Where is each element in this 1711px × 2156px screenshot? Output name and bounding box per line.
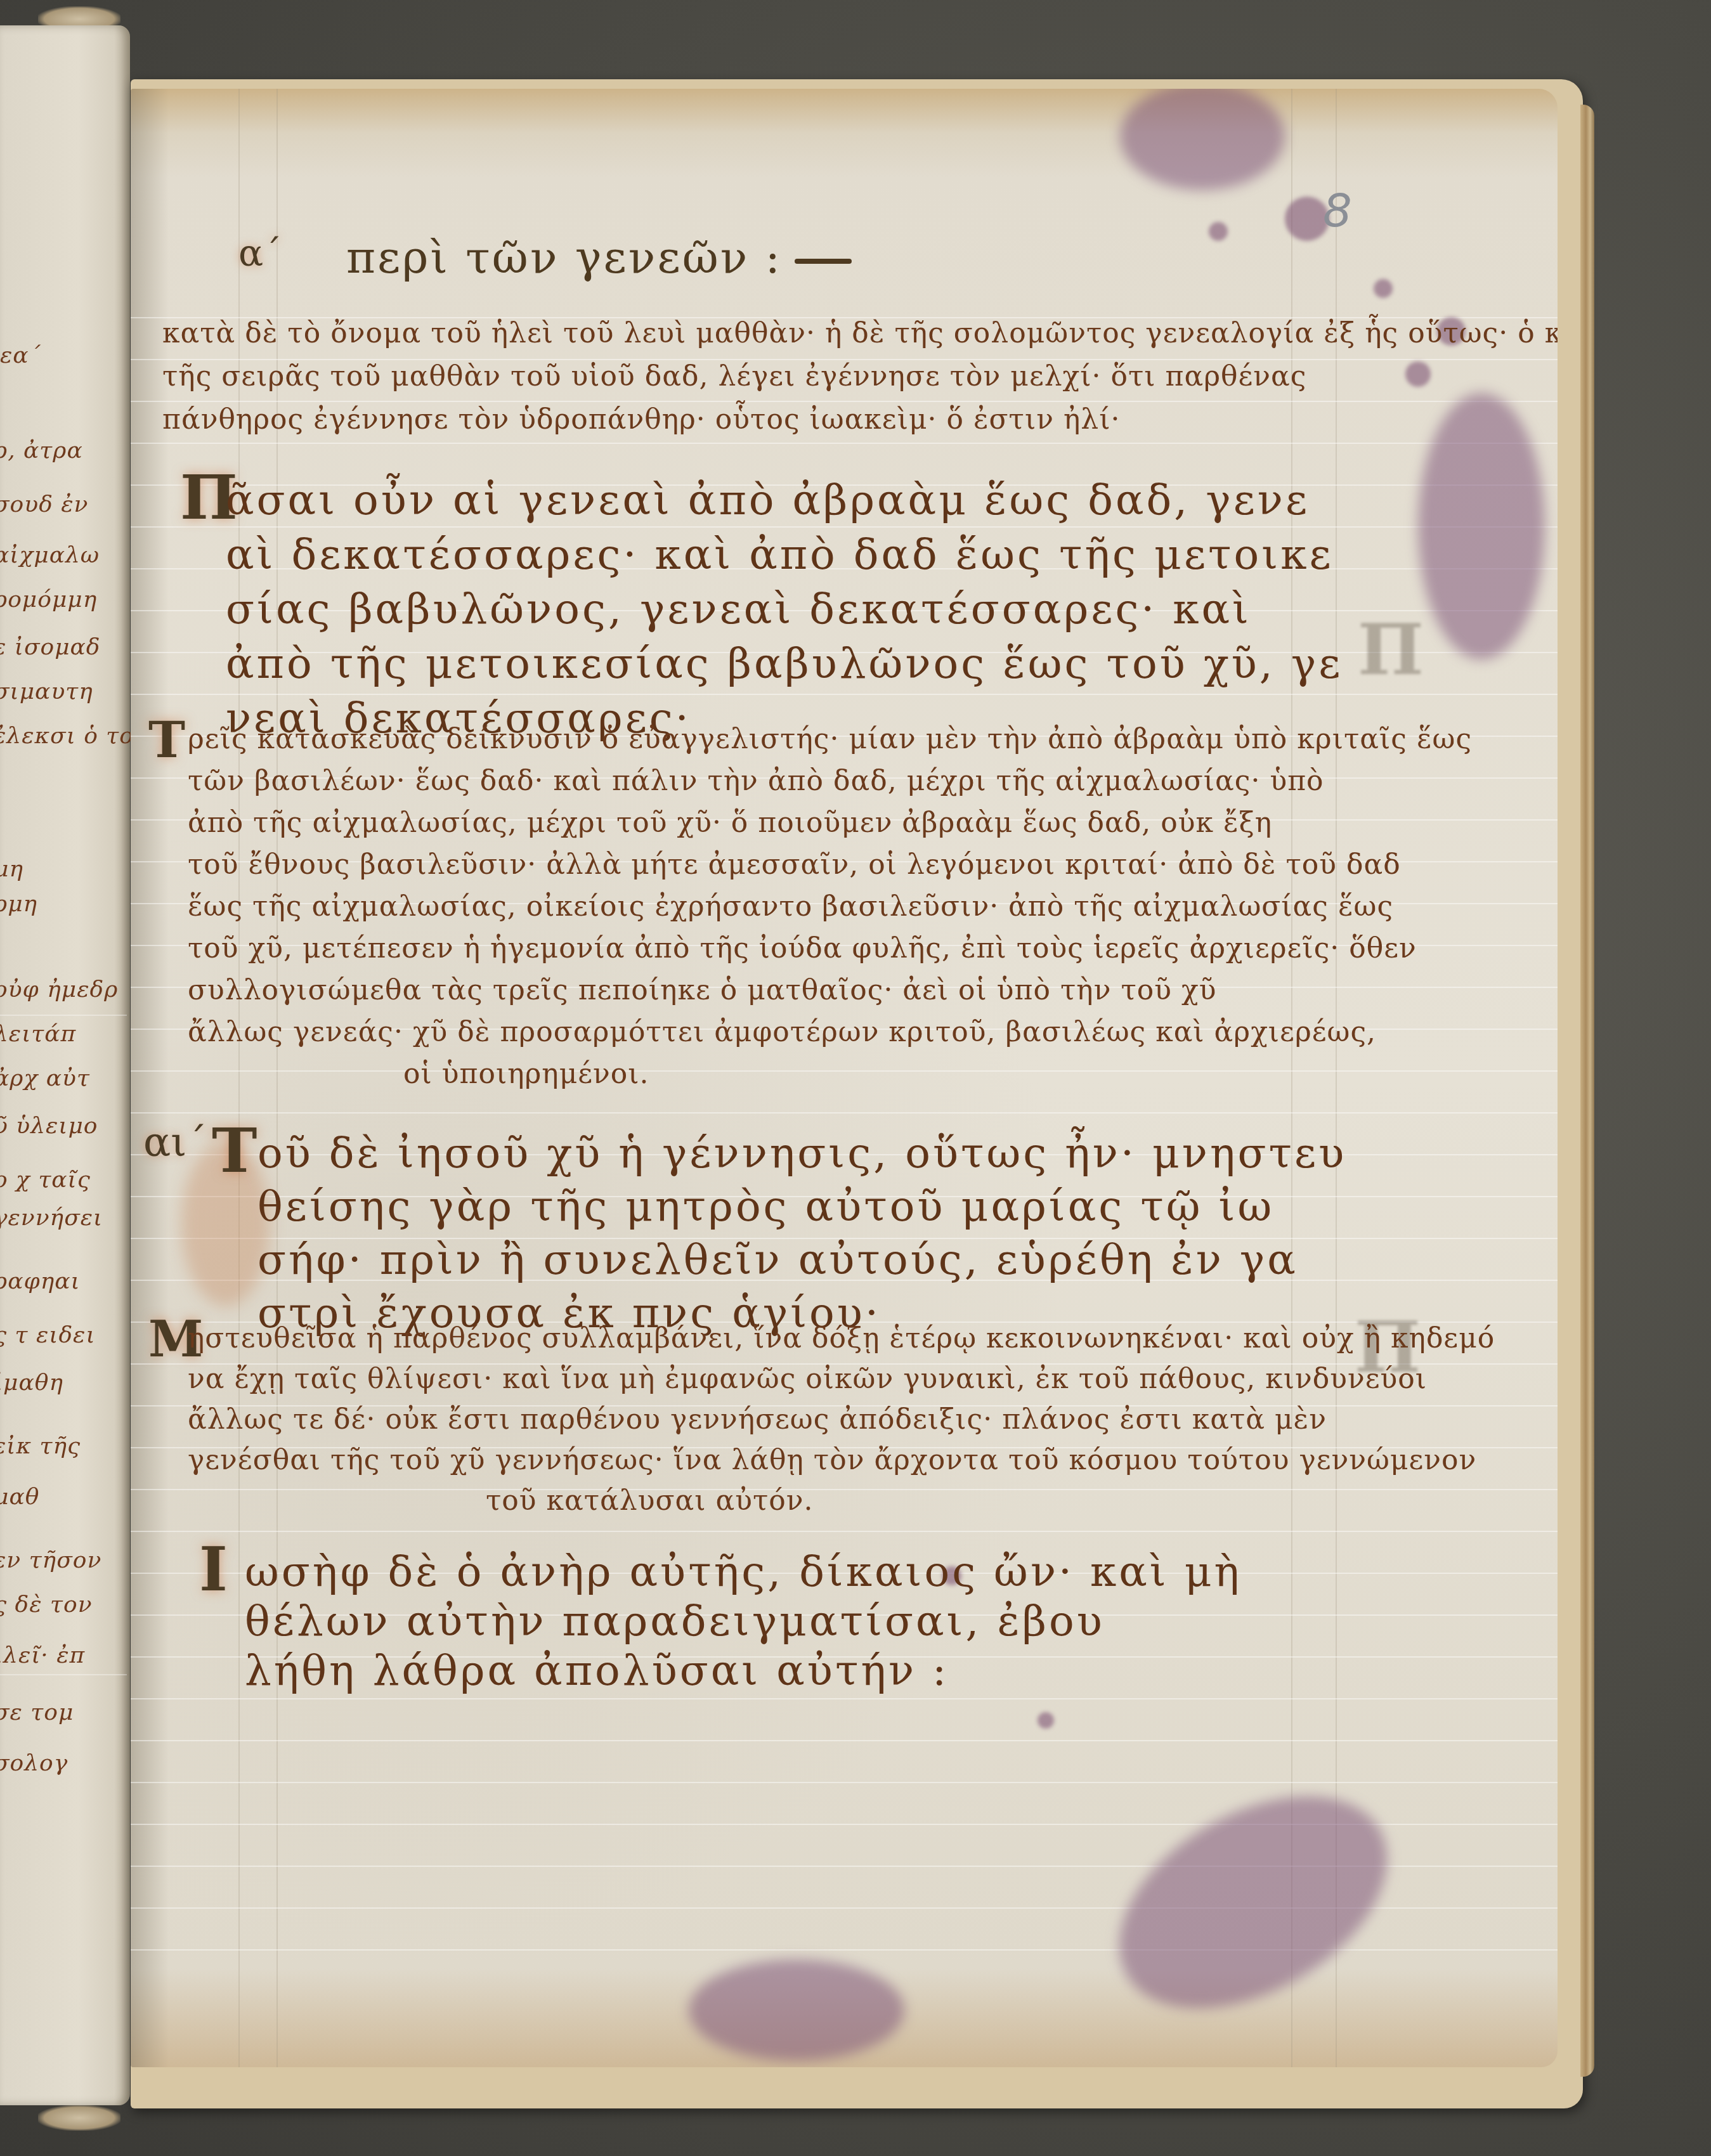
left-margin-line: σιμαυτη: [0, 679, 93, 705]
commentary-line: να ἔχῃ ταῖς θλίψεσι· καὶ ἵνα μὴ ἐμφανῶς …: [188, 1363, 1427, 1395]
left-margin-line: ρομόμμη: [0, 587, 97, 613]
gospel-text-line: ᾶσαι οὖν αἱ γενεαὶ ἀπὸ ἀβραὰμ ἕως δαδ, γ…: [226, 476, 1310, 524]
ruling-line: [131, 1782, 1558, 1783]
ruling-line: [131, 1070, 1558, 1072]
left-margin-line: ἰμαθη: [0, 1370, 63, 1396]
left-margin-line: σε τομ: [0, 1699, 74, 1725]
section-marker: αι΄: [143, 1122, 207, 1163]
left-margin-line: μη: [0, 856, 23, 882]
left-margin-line: εα΄: [0, 342, 41, 368]
ruling-line: [131, 401, 1558, 402]
ruling-line: [131, 1489, 1558, 1490]
left-margin-line: σολογ: [0, 1750, 68, 1776]
title-dash: [795, 259, 852, 264]
commentary-line: οἱ ὑποιηρημένοι.: [403, 1058, 649, 1090]
left-margin-line: ῦ ὑλειμο: [0, 1113, 98, 1139]
left-margin-line: ο χ ταῖς: [0, 1167, 91, 1193]
gospel-text-line: ἀπὸ τῆς μετοικεσίας βαβυλῶνος ἕως τοῦ χῦ…: [226, 639, 1343, 688]
left-margin-line: ιλεῖ· ἐπ: [0, 1642, 85, 1668]
stain: [1120, 89, 1285, 190]
left-margin-line: γεννήσει: [0, 1205, 103, 1231]
decorated-initial: Τ: [212, 1115, 257, 1186]
left-margin-line: ρ, ἀτρα: [0, 438, 83, 464]
commentary-line: τοῦ ἔθνους βασιλεῦσιν· ἀλλὰ μήτε ἀμεσσαῖ…: [188, 848, 1401, 881]
left-margin-line: ραφηαι: [0, 1268, 81, 1294]
left-margin-line: λειτάπ: [0, 1021, 76, 1047]
left-page: εα΄ρ, ἀτρασουδ ἐναἰχμαλωρομόμμηε ἰσομαδσ…: [0, 25, 130, 2105]
ruling-line: [131, 1740, 1558, 1741]
left-margin-line: εν τῆσον: [0, 1547, 101, 1573]
left-margin-line: αἰχμαλω: [0, 542, 100, 568]
ruling-line: [1336, 89, 1337, 2067]
commentary-line: τοῦ κατάλυσαι αὐτόν.: [486, 1484, 813, 1517]
decorated-initial: Ι: [199, 1533, 228, 1605]
ruling-line: [0, 1674, 127, 1675]
chapter-title: περὶ τῶν γενεῶν :: [346, 231, 852, 283]
left-margin-line: μαθ: [0, 1484, 39, 1510]
commentary-line: κατὰ δὲ τὸ ὄνομα τοῦ ἡλεὶ τοῦ λευὶ μαθθὰ…: [162, 317, 1558, 349]
ruling-line: [131, 443, 1558, 444]
gospel-text-line: αὶ δεκατέσσαρες· καὶ ἀπὸ δαδ ἕως τῆς μετ…: [226, 530, 1334, 579]
gospel-text-line: ωσὴφ δὲ ὁ ἀνὴρ αὐτῆς, δίκαιος ὤν· καὶ μὴ: [245, 1547, 1242, 1596]
ruling-line: [131, 1698, 1558, 1699]
gospel-text-line: οῦ δὲ ἰησοῦ χῦ ἡ γέννησις, οὕτως ἦν· μνη…: [257, 1129, 1346, 1178]
ruling-line: [131, 1112, 1558, 1114]
decorated-initial: Τ: [148, 711, 185, 769]
left-margin-line: ς τ ειδει: [0, 1322, 96, 1348]
gospel-text-line: λήθη λάθρα ἀπολῦσαι αὐτήν :: [245, 1646, 949, 1695]
binding-thread-bottom: [38, 2105, 120, 2131]
commentary-line: ἄλλως τε δέ· οὐκ ἔστι παρθένου γεννήσεως…: [188, 1403, 1327, 1436]
ruling-line: [0, 1015, 127, 1016]
commentary-line: τοῦ χῦ, μετέπεσεν ἡ ἡγεμονία ἀπὸ τῆς ἰού…: [188, 932, 1417, 964]
commentary-line: ἀπὸ τῆς αἰχμαλωσίας, μέχρι τοῦ χῦ· ὅ ποι…: [188, 807, 1272, 839]
offset-initial: Π: [1358, 609, 1424, 691]
gospel-text-line: θέλων αὐτὴν παραδειγματίσαι, ἐβου: [245, 1597, 1105, 1646]
stain: [1038, 1712, 1054, 1729]
left-margin-line: ε ἰσομαδ: [0, 634, 101, 660]
stain: [1418, 393, 1545, 659]
commentary-line: ἄλλως γενεάς· χῦ δὲ προσαρμόττει ἀμφοτέρ…: [188, 1016, 1376, 1048]
folio-number: 8: [1323, 184, 1352, 237]
left-margin-line: ς δὲ τον: [0, 1592, 93, 1618]
commentary-line: γενέσθαι τῆς τοῦ χῦ γεννήσεως· ἵνα λάθῃ …: [188, 1444, 1476, 1476]
ruling-line: [131, 1949, 1558, 1951]
left-margin-line: σουδ ἐν: [0, 491, 88, 517]
ruling-line: [131, 1531, 1558, 1532]
gospel-text-line: θείσης γὰρ τῆς μητρὸς αὐτοῦ μαρίας τῷ ἰω: [257, 1182, 1274, 1231]
stain: [1083, 1753, 1424, 2052]
stain: [1374, 279, 1393, 298]
commentary-line: ρεῖς κατασκευὰς δείκνυσιν ὁ εὐαγγελιστής…: [188, 723, 1472, 755]
left-margin-line: εἰκ τῆς: [0, 1433, 81, 1459]
stain: [1209, 222, 1228, 241]
left-margin-line: οὐφ ἠμεδρ: [0, 977, 118, 1003]
commentary-line: τῶν βασιλέων· ἕως δαδ· καὶ πάλιν τὴν ἀπὸ…: [188, 765, 1324, 797]
commentary-line: τῆς σειρᾶς τοῦ μαθθὰν τοῦ υἱοῦ δαδ, λέγε…: [162, 360, 1306, 393]
commentary-line: ηστευθεῖσα ἡ παρθένος συλλαμβάνει, ἵνα δ…: [188, 1322, 1495, 1354]
manuscript-page: 8 Π Π α΄ περὶ τῶν γενεῶν : κατὰ δὲ τὸ ὄν…: [131, 89, 1558, 2067]
stain: [1405, 361, 1431, 387]
gospel-text-line: σίας βαβυλῶνος, γενεαὶ δεκατέσσαρες· καὶ: [226, 585, 1251, 633]
section-marker: α΄: [238, 235, 282, 271]
chapter-title-text: περὶ τῶν γενεῶν :: [346, 231, 782, 283]
left-margin-line: ρμη: [0, 891, 37, 917]
left-margin-line: ἀρχ αὐτ: [0, 1065, 90, 1091]
gospel-text-line: σήφ· πρὶν ἢ συνελθεῖν αὐτούς, εὑρέθη ἐν …: [257, 1235, 1298, 1284]
commentary-line: συλλογισώμεθα τὰς τρεῖς πεποίηκε ὁ ματθα…: [188, 974, 1216, 1006]
commentary-line: πάνθηρος ἐγέννησε τὸν ὑδροπάνθηρ· οὗτος …: [162, 403, 1120, 436]
ruling-line: [131, 526, 1558, 528]
stain: [689, 1959, 904, 2061]
commentary-line: ἕως τῆς αἰχμαλωσίας, οἰκείοις ἐχρήσαντο …: [188, 890, 1393, 923]
